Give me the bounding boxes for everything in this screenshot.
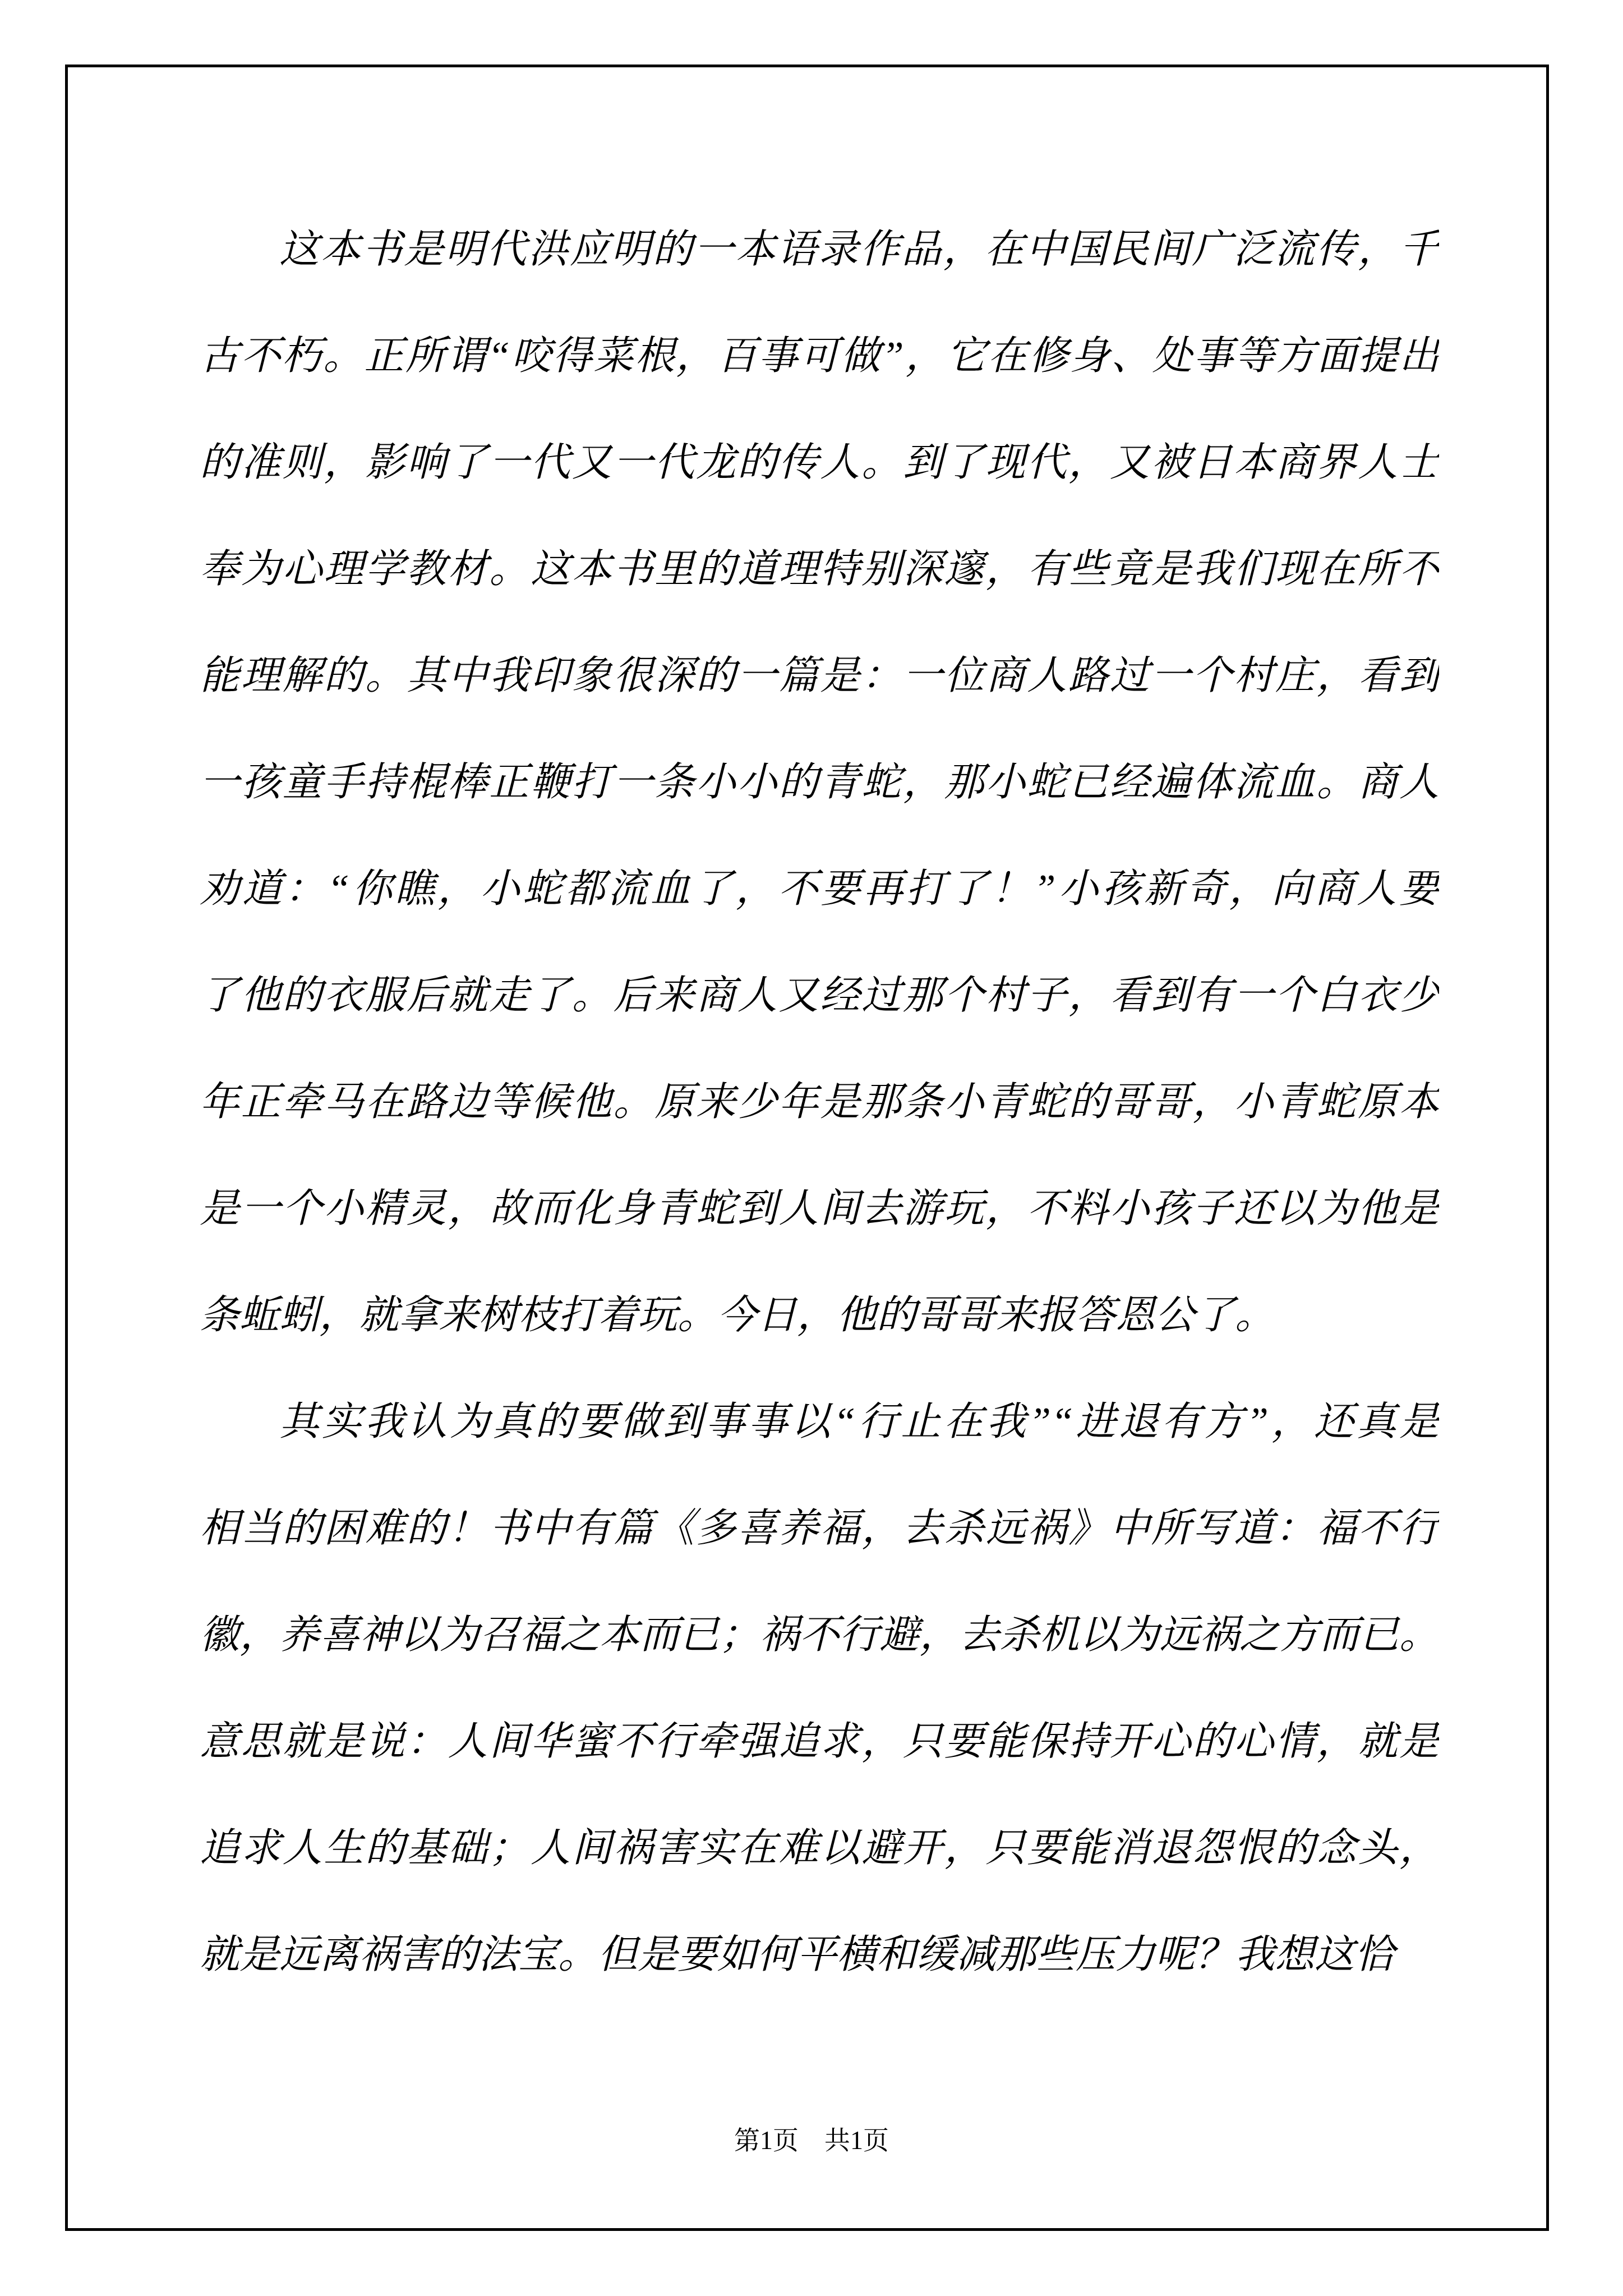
- text-line: 这本书是明代洪应明的一本语录作品，在中国民间广泛流传，千: [200, 196, 1439, 303]
- text-line: 其实我认为真的要做到事事以“行止在我”“进退有方”，还真是: [200, 1369, 1439, 1475]
- text-line: 是一个小精灵，故而化身青蛇到人间去游玩，不料小孩子还以为他是: [200, 1156, 1439, 1262]
- paragraph: 其实我认为真的要做到事事以“行止在我”“进退有方”，还真是相当的困难的！书中有篇…: [200, 1369, 1439, 2008]
- text-line: 奉为心理学教材。这本书里的道理特别深邃，有些竟是我们现在所不: [200, 516, 1439, 623]
- page-footer: 第1页 共1页: [0, 2124, 1623, 2157]
- text-line: 意思就是说：人间华蜜不行牵强追求，只要能保持开心的心情，就是: [200, 1688, 1439, 1795]
- page-number: 第1页 共1页: [734, 2126, 889, 2155]
- document-page: 这本书是明代洪应明的一本语录作品，在中国民间广泛流传，千古不朽。正所谓“咬得菜根…: [0, 0, 1623, 2296]
- text-line: 徽，养喜神以为召福之本而已；祸不行避，去杀机以为远祸之方而已。: [200, 1582, 1439, 1688]
- text-line: 追求人生的基础；人间祸害实在难以避开，只要能消退怨恨的念头，: [200, 1795, 1439, 1902]
- document-body: 这本书是明代洪应明的一本语录作品，在中国民间广泛流传，千古不朽。正所谓“咬得菜根…: [200, 196, 1439, 2008]
- paragraph: 这本书是明代洪应明的一本语录作品，在中国民间广泛流传，千古不朽。正所谓“咬得菜根…: [200, 196, 1439, 1369]
- text-line: 了他的衣服后就走了。后来商人又经过那个村子，看到有一个白衣少: [200, 942, 1439, 1049]
- text-line: 一孩童手持棍棒正鞭打一条小小的青蛇，那小蛇已经遍体流血。商人: [200, 729, 1439, 836]
- text-line: 相当的困难的！书中有篇《多喜养福，去杀远祸》中所写道：福不行: [200, 1475, 1439, 1582]
- text-line: 劝道：“你瞧，小蛇都流血了，不要再打了！”小孩新奇，向商人要: [200, 836, 1439, 942]
- text-line: 就是远离祸害的法宝。但是要如何平横和缓减那些压力呢？我想这恰: [200, 1902, 1439, 2008]
- text-line: 古不朽。正所谓“咬得菜根，百事可做”，它在修身、处事等方面提出: [200, 303, 1439, 409]
- text-line: 能理解的。其中我印象很深的一篇是：一位商人路过一个村庄，看到: [200, 623, 1439, 729]
- text-line: 的准则，影响了一代又一代龙的传人。到了现代，又被日本商界人士: [200, 409, 1439, 516]
- text-line: 年正牵马在路边等候他。原来少年是那条小青蛇的哥哥，小青蛇原本: [200, 1049, 1439, 1156]
- text-line: 条蚯蚓，就拿来树枝打着玩。今日，他的哥哥来报答恩公了。: [200, 1262, 1439, 1369]
